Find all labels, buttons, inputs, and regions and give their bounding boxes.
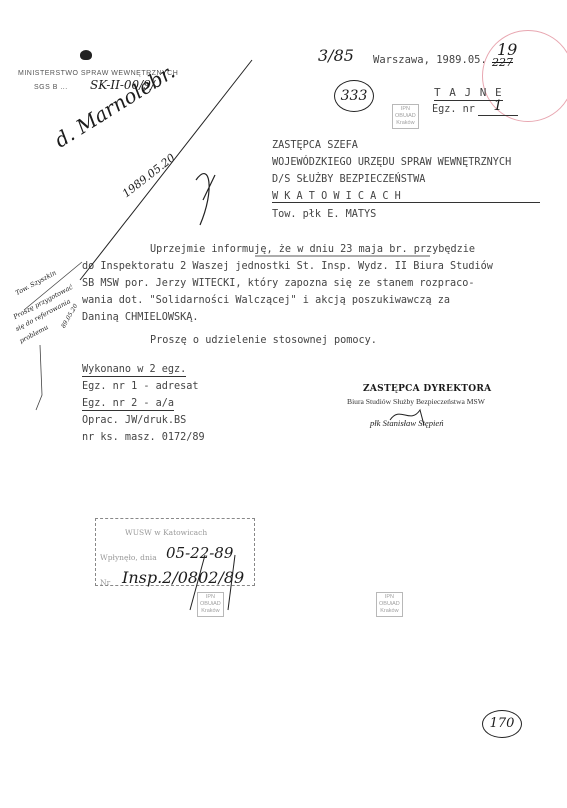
footer-line: Oprac. JW/druk.BS xyxy=(82,415,186,426)
ipn-stamp: IPN OBUiAD Kraków xyxy=(392,104,419,129)
footer-line: Wykonano w 2 egz. xyxy=(82,364,186,377)
body-line: wania dot. "Solidarności Walczącej" i ak… xyxy=(82,295,450,306)
ipn-stamp-line: Kraków xyxy=(395,120,416,127)
registration-received-date: 05-22-89 xyxy=(166,544,233,562)
ministry-ref-prefix: SGS B ... xyxy=(34,84,68,91)
page-number: 170 xyxy=(482,710,522,738)
footer-line: nr ks. masz. 0172/89 xyxy=(82,432,205,443)
addressee-line: ZASTĘPCA SZEFA xyxy=(272,140,358,151)
ipn-stamp-line: IPN xyxy=(200,594,221,601)
addressee-name: Tow. płk E. MATYS xyxy=(272,209,376,220)
copy-label: Egz. nr xyxy=(432,104,475,115)
signature-name: płk Stanisław Stępień xyxy=(370,418,444,428)
ipn-stamp: IPN OBUiAD Kraków xyxy=(376,592,403,617)
ipn-stamp-line: Kraków xyxy=(379,608,400,615)
copy-number: 1 xyxy=(478,98,518,116)
ipn-stamp-line: IPN xyxy=(379,594,400,601)
eagle-emblem-icon xyxy=(80,50,92,60)
body-line: Daniną CHMIELOWSKĄ. xyxy=(82,312,199,323)
ipn-stamp-line: OBUiAD xyxy=(379,601,400,608)
ipn-stamp-line: OBUiAD xyxy=(200,601,221,608)
addressee-line: D/S SŁUŻBY BEZPIECZEŃSTWA xyxy=(272,174,425,185)
addressee-line: WOJEWÓDZKIEGO URZĘDU SPRAW WEWNĘTRZNYCH xyxy=(272,157,511,168)
ipn-stamp-line: OBUiAD xyxy=(395,113,416,120)
ipn-stamp-line: IPN xyxy=(395,106,416,113)
registration-number: Insp.2/0802/89 xyxy=(122,568,244,587)
closing-line: Proszę o udzielenie stosownej pomocy. xyxy=(150,335,377,346)
signature-title: ZASTĘPCA DYREKTORA xyxy=(363,384,491,394)
registration-received-label: Wpłynęło, dnia xyxy=(100,553,157,562)
registration-number-label: Nr xyxy=(100,578,110,587)
handwritten-ref: 3/85 xyxy=(318,46,354,65)
body-line: SB MSW por. Jerzy WITECKI, który zapozna… xyxy=(82,278,475,289)
addressee-city: W K A T O W I C A C H xyxy=(272,191,540,203)
footer-line: Egz. nr 2 - a/a xyxy=(82,398,174,411)
ipn-stamp: IPN OBUiAD Kraków xyxy=(197,592,224,617)
footer-line: Egz. nr 1 - adresat xyxy=(82,381,199,392)
handwritten-date: 1989.05.20 xyxy=(120,151,178,200)
signature-subtitle: Biura Studiów Służby Bezpieczeństwa MSW xyxy=(347,397,485,406)
place-date: Warszawa, 1989.05. xyxy=(373,54,487,66)
registration-header: WUSW w Katowicach xyxy=(125,528,207,537)
body-line: Uprzejmie informuję, że w dniu 23 maja b… xyxy=(150,244,475,255)
ipn-stamp-line: Kraków xyxy=(200,608,221,615)
body-line: do Inspektoratu 2 Waszej jednostki St. I… xyxy=(82,261,493,272)
circled-number: 333 xyxy=(334,80,374,112)
